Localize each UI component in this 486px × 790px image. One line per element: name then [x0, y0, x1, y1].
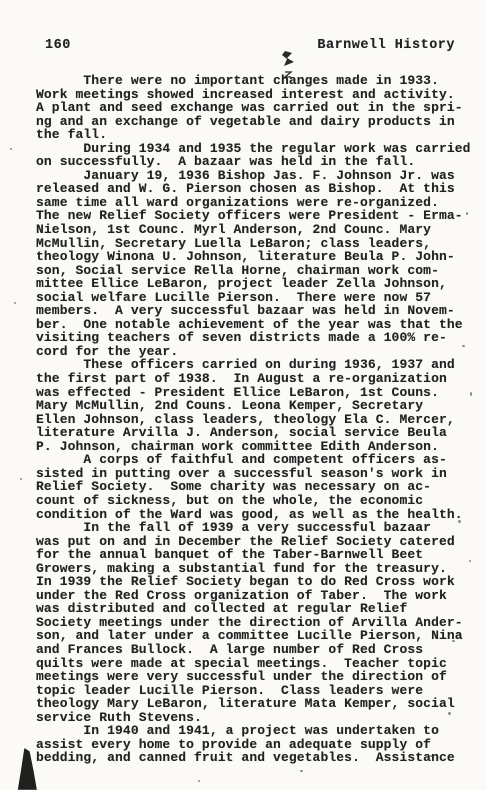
paragraph: In 1940 and 1941, a project was undertak… — [36, 724, 466, 765]
paragraph: A corps of faithful and competent office… — [36, 453, 466, 521]
page-title: Barnwell History — [317, 38, 455, 53]
paragraph: During 1934 and 1935 the regular work wa… — [36, 142, 466, 169]
scanned-page: 160 Barnwell History There were no impor… — [0, 0, 486, 790]
noise-speck — [470, 392, 472, 396]
noise-speck — [10, 148, 12, 150]
paragraph: There were no important changes made in … — [36, 74, 466, 142]
noise-speck — [448, 712, 451, 715]
noise-speck — [469, 560, 471, 562]
noise-speck — [458, 520, 461, 523]
page-body: There were no important changes made in … — [36, 74, 466, 765]
page-header: 160 Barnwell History — [45, 38, 455, 53]
noise-speck — [14, 302, 16, 304]
paragraph: These officers carried on during 1936, 1… — [36, 358, 466, 453]
noise-speck — [420, 90, 422, 92]
noise-speck — [466, 212, 468, 215]
noise-speck — [430, 755, 433, 757]
noise-speck — [92, 700, 94, 702]
noise-speck — [20, 478, 22, 480]
paragraph: In the fall of 1939 a very successful ba… — [36, 521, 466, 724]
noise-speck — [198, 780, 200, 782]
noise-speck — [452, 640, 455, 642]
binding-mark — [16, 748, 38, 790]
noise-speck — [300, 770, 303, 772]
noise-speck — [462, 345, 465, 347]
paragraph: January 19, 1936 Bishop Jas. F. Johnson … — [36, 169, 466, 359]
page-number: 160 — [45, 38, 71, 53]
